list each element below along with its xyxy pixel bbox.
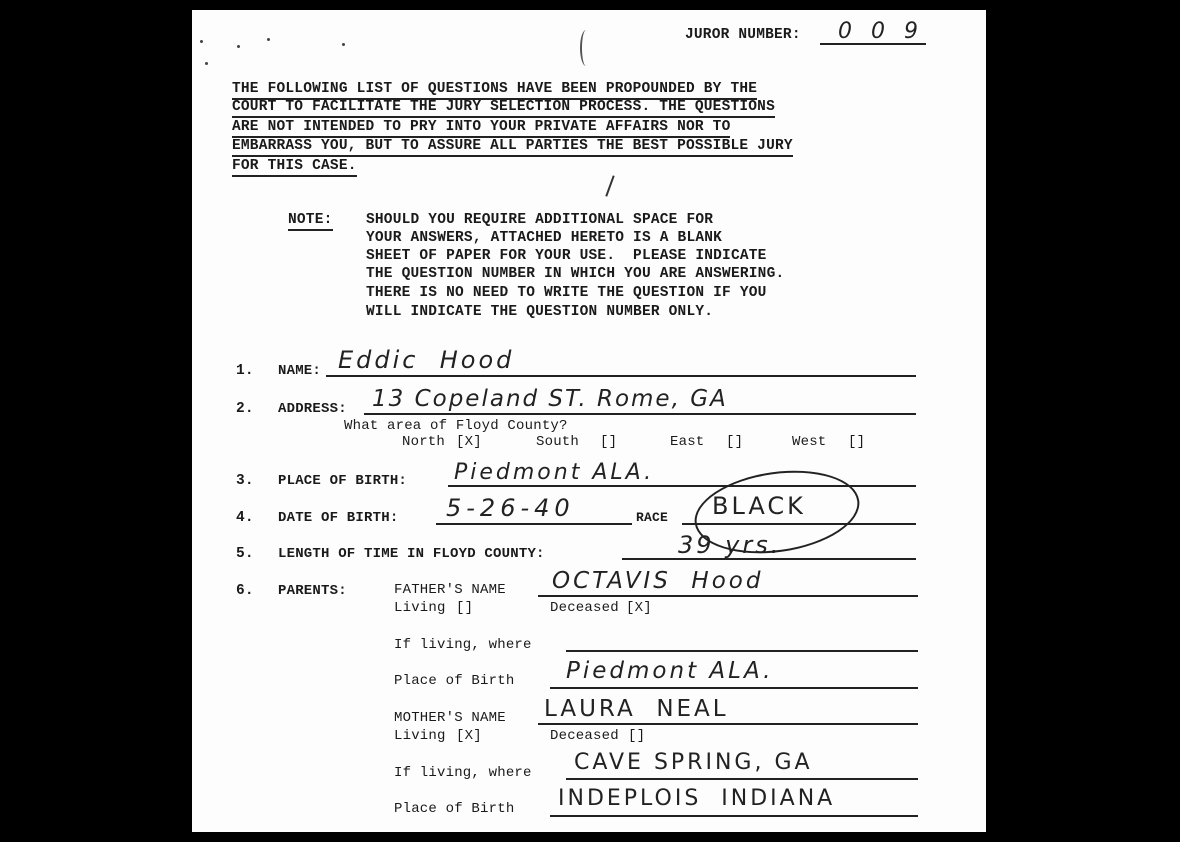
area-north-label: North — [402, 435, 445, 449]
area-east-checkbox[interactable]: [] — [726, 435, 743, 449]
mother-where-answer[interactable]: CAVE SPRING, GA — [574, 752, 813, 774]
length-in-county-answer[interactable]: 39 yrs. — [678, 533, 781, 557]
mother-birth-line — [550, 815, 918, 817]
length-in-county-label: LENGTH OF TIME IN FLOYD COUNTY: — [278, 547, 545, 561]
length-in-county-line — [622, 558, 916, 560]
juror-number-label: JUROR NUMBER: — [685, 28, 801, 43]
intro-line: ARE NOT INTENDED TO PRY INTO YOUR PRIVAT… — [232, 120, 730, 138]
intro-line: EMBARRASS YOU, BUT TO ASSURE ALL PARTIES… — [232, 139, 793, 157]
mother-birth-answer[interactable]: INDEPLOIS INDIANA — [558, 788, 835, 810]
note-line: THERE IS NO NEED TO WRITE THE QUESTION I… — [366, 286, 767, 301]
mother-birth-label: Place of Birth — [394, 802, 514, 816]
mother-where-line — [566, 778, 918, 780]
place-of-birth-label: PLACE OF BIRTH: — [278, 474, 407, 488]
scan-mark — [605, 175, 614, 196]
father-deceased-checkbox[interactable]: [X] — [626, 601, 652, 615]
name-answer[interactable]: Eddic Hood — [338, 348, 514, 372]
mother-where-label: If living, where — [394, 766, 532, 780]
area-west-label: West — [792, 435, 826, 449]
scan-speck — [237, 45, 240, 48]
father-birth-line — [550, 687, 918, 689]
scan-speck — [200, 40, 203, 43]
scan-mark — [580, 30, 592, 66]
date-of-birth-answer[interactable]: 5-26-40 — [446, 496, 575, 520]
question-number: 1. — [236, 364, 254, 379]
juror-number-line — [820, 43, 926, 45]
question-number: 2. — [236, 402, 254, 417]
father-name-line — [538, 595, 918, 597]
father-living-checkbox[interactable]: [] — [456, 601, 473, 615]
mother-living-checkbox[interactable]: [X] — [456, 729, 482, 743]
intro-line: COURT TO FACILITATE THE JURY SELECTION P… — [232, 100, 775, 118]
mother-deceased-label: Deceased — [550, 729, 619, 743]
note-line: THE QUESTION NUMBER IN WHICH YOU ARE ANS… — [366, 267, 784, 282]
father-birth-label: Place of Birth — [394, 674, 514, 688]
note-label: NOTE: — [288, 213, 333, 231]
mother-deceased-checkbox[interactable]: [] — [628, 729, 645, 743]
scan-speck — [205, 62, 208, 65]
father-name-answer[interactable]: OCTAVIS Hood — [552, 570, 763, 593]
name-line — [326, 375, 916, 377]
place-of-birth-answer[interactable]: Piedmont ALA. — [454, 462, 654, 484]
scan-speck — [342, 43, 345, 46]
note-line: WILL INDICATE THE QUESTION NUMBER ONLY. — [366, 305, 713, 320]
name-label: NAME: — [278, 364, 321, 378]
scan-speck — [267, 38, 270, 41]
note-line: SHEET OF PAPER FOR YOUR USE. PLEASE INDI… — [366, 249, 767, 264]
intro-line: FOR THIS CASE. — [232, 159, 357, 177]
father-birth-answer[interactable]: Piedmont ALA. — [566, 660, 773, 683]
area-east-label: East — [670, 435, 704, 449]
father-name-label: FATHER'S NAME — [394, 583, 506, 597]
father-deceased-label: Deceased — [550, 601, 619, 615]
date-of-birth-label: DATE OF BIRTH: — [278, 511, 398, 525]
question-number: 3. — [236, 474, 254, 489]
address-line — [364, 413, 916, 415]
intro-line: THE FOLLOWING LIST OF QUESTIONS HAVE BEE… — [232, 82, 757, 100]
father-where-label: If living, where — [394, 638, 532, 652]
question-number: 6. — [236, 584, 254, 599]
area-south-label: South — [536, 435, 579, 449]
note-line: SHOULD YOU REQUIRE ADDITIONAL SPACE FOR — [366, 213, 713, 228]
juror-questionnaire-page: JUROR NUMBER: 0 0 9 THE FOLLOWING LIST O… — [192, 10, 986, 832]
note-line: YOUR ANSWERS, ATTACHED HERETO IS A BLANK — [366, 231, 722, 246]
area-south-checkbox[interactable]: [] — [600, 435, 617, 449]
juror-number-value: 0 0 9 — [838, 21, 924, 43]
address-label: ADDRESS: — [278, 402, 347, 416]
race-label: RACE — [636, 511, 668, 524]
parents-label: PARENTS: — [278, 584, 347, 598]
area-prompt: What area of Floyd County? — [344, 419, 568, 433]
mother-name-answer[interactable]: LAURA NEAL — [544, 698, 729, 721]
father-living-label: Living — [394, 601, 446, 615]
question-number: 4. — [236, 511, 254, 526]
mother-name-line — [538, 723, 918, 725]
father-where-line — [566, 650, 918, 652]
mother-name-label: MOTHER'S NAME — [394, 711, 506, 725]
question-number: 5. — [236, 547, 254, 562]
area-west-checkbox[interactable]: [] — [848, 435, 865, 449]
mother-living-label: Living — [394, 729, 446, 743]
area-north-checkbox[interactable]: [X] — [456, 435, 482, 449]
date-of-birth-line — [436, 523, 632, 525]
address-answer[interactable]: 13 Copeland ST. Rome, GA — [372, 388, 728, 411]
